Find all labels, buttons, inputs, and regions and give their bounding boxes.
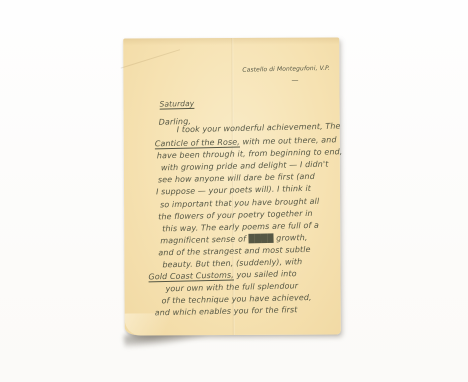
letter-paper: Castello di Montegufoni, V.P. — Saturday… bbox=[123, 37, 341, 335]
letter-line: I took your wonderful achievement, The bbox=[177, 122, 341, 135]
letter-line: see how anyone will dare be first (and bbox=[158, 172, 315, 185]
letter-line: Canticle of the Rose, with me out there,… bbox=[155, 135, 337, 148]
letter-line: of the technique you have achieved, bbox=[161, 293, 311, 305]
letter-line: I suppose — your poets will). I think it bbox=[156, 184, 311, 197]
letter-line: have been through it, from beginning to … bbox=[157, 147, 343, 160]
letter-date-line: Saturday bbox=[159, 99, 194, 109]
fold-crease-diagonal bbox=[121, 49, 180, 68]
photo-background: Castello di Montegufoni, V.P. — Saturday… bbox=[0, 0, 468, 382]
letter-line: with growing pride and delight — I didn'… bbox=[161, 160, 329, 173]
letter-line: your own with the full splendour bbox=[165, 281, 298, 293]
letter-line: beauty. But then, (suddenly), with bbox=[162, 257, 302, 269]
letter-line: so important that you have brought all bbox=[160, 197, 319, 210]
letter-line: and of the strangest and most subtle bbox=[158, 245, 310, 257]
letter-line: Gold Coast Customs, you sailed into bbox=[148, 269, 296, 281]
letter-line: this way. The early poems are full of a bbox=[162, 221, 319, 234]
letter-line: and which enables you for the first bbox=[155, 305, 298, 317]
letter-address: Castello di Montegufoni, V.P. bbox=[242, 65, 330, 74]
letter-line: magnificent sense of ████ growth, bbox=[160, 233, 307, 245]
address-dash-mark: — bbox=[291, 77, 298, 85]
letter-line: the flowers of your poetry together in bbox=[158, 209, 313, 222]
